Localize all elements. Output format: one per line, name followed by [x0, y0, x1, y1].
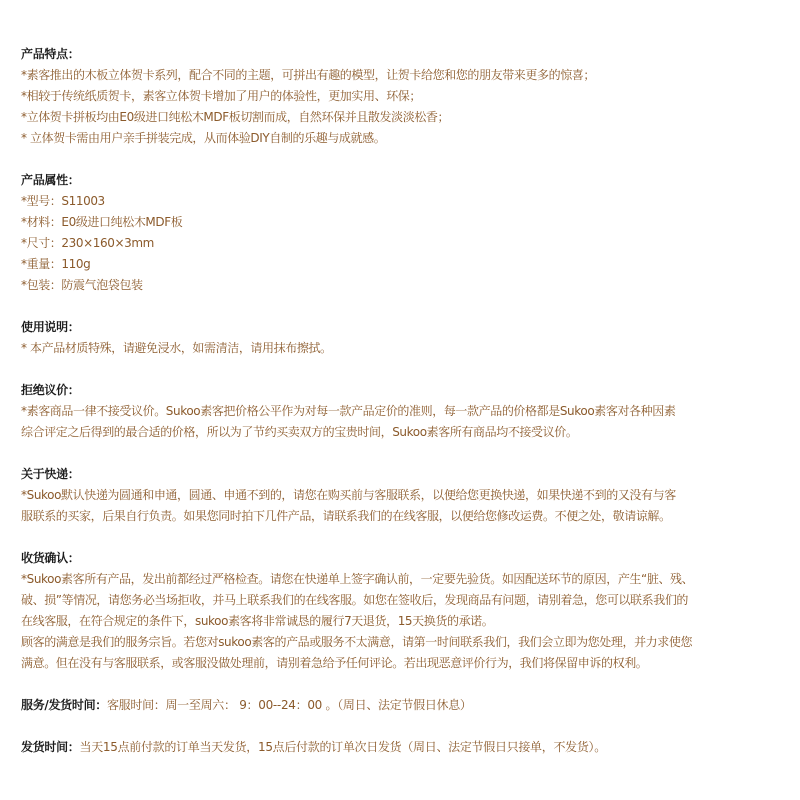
shipping-time-value: 当天15点前付款的订单当天发货，15点后付款的订单次日发货（周日、法定节假日只接…: [80, 740, 606, 754]
section-shipping-time: 发货时间：当天15点前付款的订单当天发货，15点后付款的订单次日发货（周日、法定…: [21, 737, 781, 758]
receipt-line: 满意。但在没有与客服联系，或客服没做处理前，请别着急给予任何评论。若出现恶意评价…: [21, 653, 781, 674]
receipt-line: 破、损”等情况，请您务必当场拒收，并马上联系我们的在线客服。如您在签收后，发现商…: [21, 590, 781, 611]
section-features: 产品特点： *素客推出的木板立体贺卡系列，配合不同的主题，可拼出有趣的模型，让贺…: [21, 44, 781, 149]
product-description: 产品特点： *素客推出的木板立体贺卡系列，配合不同的主题，可拼出有趣的模型，让贺…: [21, 44, 781, 779]
section-receipt-confirmation: 收货确认： *Sukoo素客所有产品，发出前都经过严格检查。请您在快递单上签字确…: [21, 548, 781, 674]
section-usage: 使用说明： * 本产品材质特殊，请避免浸水，如需清洁，请用抹布擦拭。: [21, 317, 781, 359]
policy-line: *素客商品一律不接受议价。Sukoo素客把价格公平作为对每一款产品定价的准则，每…: [21, 401, 781, 422]
section-attributes: 产品属性： *型号：S11003 *材料：E0级进口纯松木MDF板 *尺寸：23…: [21, 170, 781, 296]
service-hours-value: 客服时间：周一至周六： 9：00--24：00 。（周日、法定节假日休息）: [107, 698, 472, 712]
section-service-hours: 服务/发货时间：客服时间：周一至周六： 9：00--24：00 。（周日、法定节…: [21, 695, 781, 716]
section-heading: 产品特点：: [21, 44, 781, 65]
receipt-line: *Sukoo素客所有产品，发出前都经过严格检查。请您在快递单上签字确认前，一定要…: [21, 569, 781, 590]
section-no-bargaining: 拒绝议价： *素客商品一律不接受议价。Sukoo素客把价格公平作为对每一款产品定…: [21, 380, 781, 443]
section-heading: 拒绝议价：: [21, 380, 781, 401]
attribute-model: *型号：S11003: [21, 191, 781, 212]
feature-line: *立体贺卡拼板均由E0级进口纯松木MDF板切割而成，自然环保并且散发淡淡松香；: [21, 107, 781, 128]
delivery-line: *Sukoo默认快递为圆通和申通，圆通、申通不到的，请您在购买前与客服联系，以便…: [21, 485, 781, 506]
feature-line: * 立体贺卡需由用户亲手拼装完成，从而体验DIY自制的乐趣与成就感。: [21, 128, 781, 149]
section-heading: 使用说明：: [21, 317, 781, 338]
delivery-line: 服联系的买家，后果自行负责。如果您同时拍下几件产品，请联系我们的在线客服，以便给…: [21, 506, 781, 527]
receipt-line: 在线客服，在符合规定的条件下，sukoo素客将非常诚恳的履行7天退货，15天换货…: [21, 611, 781, 632]
section-delivery: 关于快递： *Sukoo默认快递为圆通和申通，圆通、申通不到的，请您在购买前与客…: [21, 464, 781, 527]
service-hours-label: 服务/发货时间：: [21, 698, 107, 712]
attribute-packaging: *包装：防震气泡袋包装: [21, 275, 781, 296]
shipping-time-row: 发货时间：当天15点前付款的订单当天发货，15点后付款的订单次日发货（周日、法定…: [21, 737, 781, 758]
attribute-weight: *重量：110g: [21, 254, 781, 275]
section-heading: 关于快递：: [21, 464, 781, 485]
shipping-time-label: 发货时间：: [21, 740, 80, 754]
attribute-size: *尺寸：230×160×3mm: [21, 233, 781, 254]
policy-line: 综合评定之后得到的最合适的价格，所以为了节约买卖双方的宝贵时间，Sukoo素客所…: [21, 422, 781, 443]
attribute-material: *材料：E0级进口纯松木MDF板: [21, 212, 781, 233]
feature-line: *相较于传统纸质贺卡，素客立体贺卡增加了用户的体验性，更加实用、环保；: [21, 86, 781, 107]
feature-line: *素客推出的木板立体贺卡系列，配合不同的主题，可拼出有趣的模型，让贺卡给您和您的…: [21, 65, 781, 86]
section-heading: 产品属性：: [21, 170, 781, 191]
receipt-line: 顾客的满意是我们的服务宗旨。若您对sukoo素客的产品或服务不太满意，请第一时间…: [21, 632, 781, 653]
usage-line: * 本产品材质特殊，请避免浸水，如需清洁，请用抹布擦拭。: [21, 338, 781, 359]
section-heading: 收货确认：: [21, 548, 781, 569]
service-hours-row: 服务/发货时间：客服时间：周一至周六： 9：00--24：00 。（周日、法定节…: [21, 695, 781, 716]
